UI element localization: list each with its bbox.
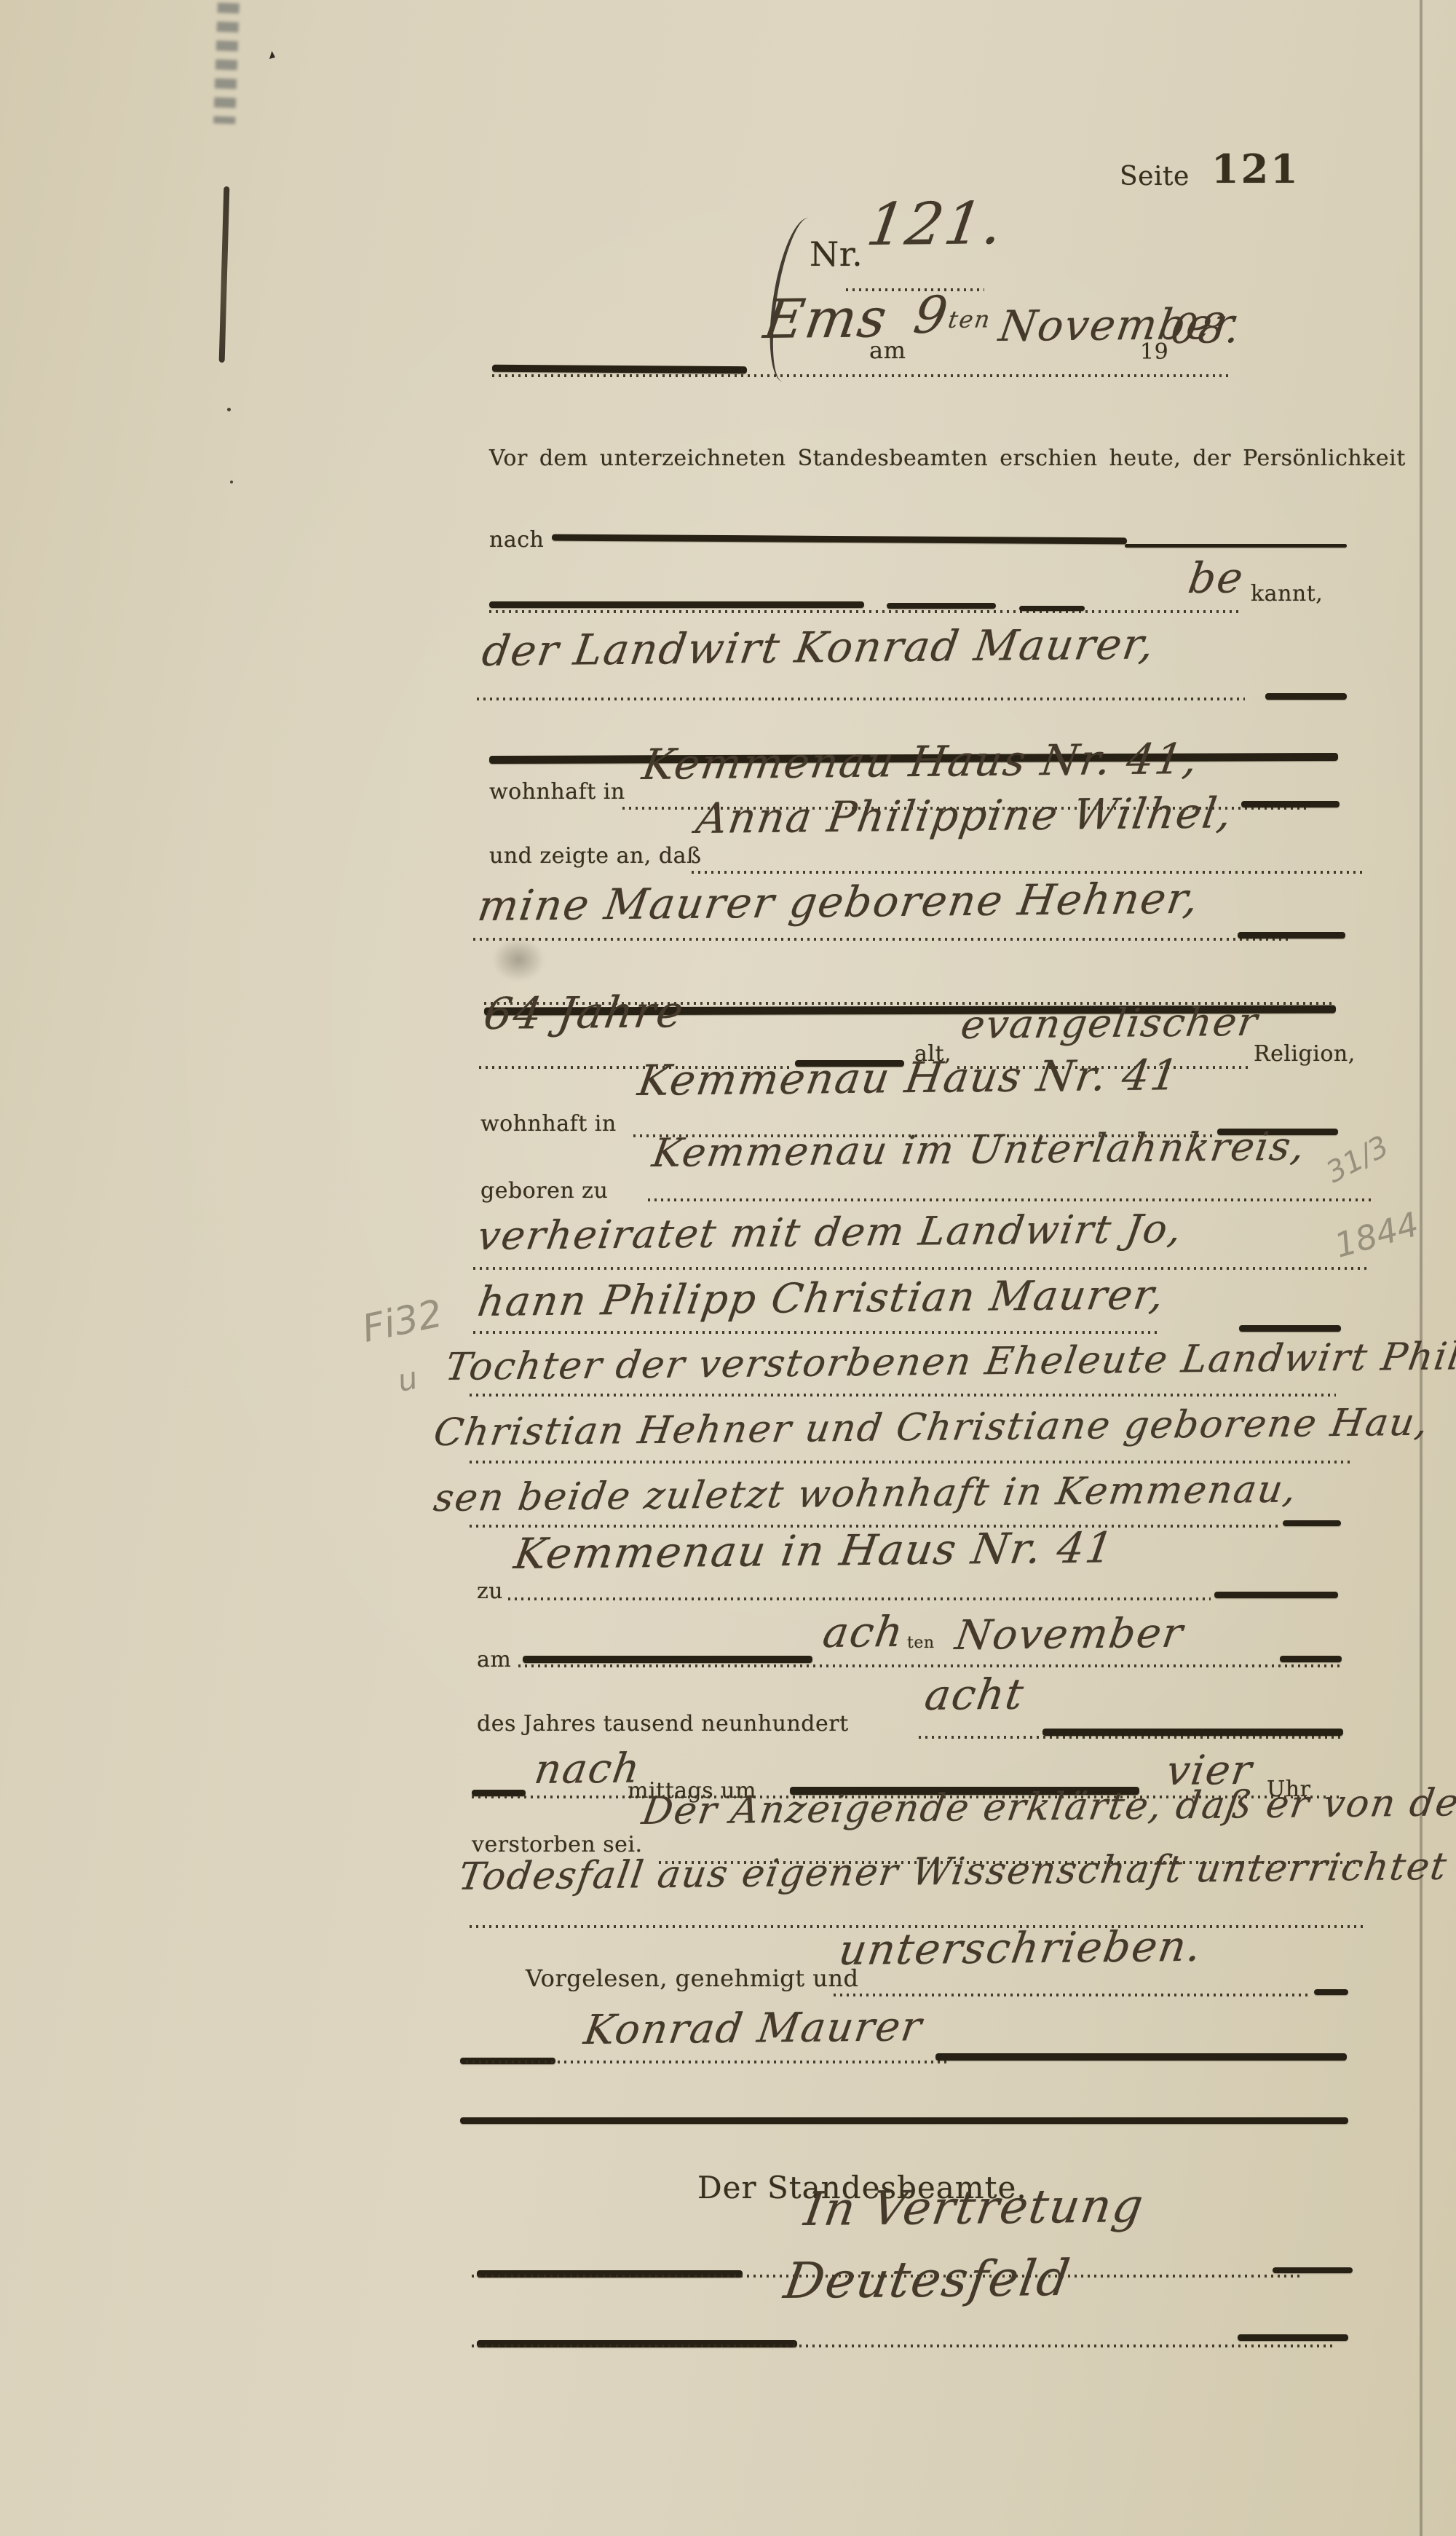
ruled-line-dotted — [648, 1198, 1372, 1201]
ink-fill-bar — [1273, 2267, 1353, 2273]
dateline-day-suffix: ten — [946, 305, 993, 333]
parents-line2: Christian Hehner und Christiane geborene… — [431, 1401, 1432, 1455]
ruled-line-dotted — [692, 871, 1365, 874]
deceased-name-line2: mine Maurer geborene Hehner, — [475, 874, 1203, 931]
nr-value: 121. — [863, 189, 1008, 258]
ruled-line-dotted — [473, 1331, 1161, 1334]
ink-fill-bar — [887, 603, 996, 609]
page-crease-line — [1420, 0, 1423, 2536]
ruled-line-dotted — [470, 1394, 1336, 1397]
death-day-hand: ach — [820, 1607, 908, 1657]
death-year-hand: acht — [922, 1670, 1028, 1720]
intro-line1: Vor dem unterzeichneten Standesbeamten e… — [489, 446, 1406, 471]
ink-fill-bar — [552, 534, 1127, 545]
margin-ink-line — [219, 186, 230, 363]
residence2-value: Kemmenau Haus Nr. 41 — [635, 1050, 1183, 1105]
religion-value: evangelischer — [958, 999, 1262, 1048]
section-rule — [460, 2117, 1348, 2124]
age-value: 64 Jahre — [480, 987, 688, 1040]
next-page-edge — [1431, 0, 1456, 2536]
ink-fill-bar — [1280, 1656, 1342, 1662]
ink-fill-bar — [1042, 1729, 1343, 1736]
ruled-line-dotted — [489, 610, 1239, 613]
death-place: Kemmenau in Haus Nr. 41 — [511, 1522, 1117, 1579]
declarant-signature: Konrad Maurer — [581, 2003, 926, 2054]
finger-smudge — [492, 938, 545, 981]
declaration-line1: Der Anzeigende erklärte, daß er von dem — [639, 1781, 1456, 1833]
ink-smudge — [213, 3, 240, 125]
death-am-label: am — [477, 1647, 511, 1672]
parents-line1: Tochter der verstorbenen Eheleute Landwi… — [443, 1334, 1456, 1389]
residence2-label: wohnhaft in — [480, 1111, 617, 1137]
ink-fill-bar — [1125, 544, 1347, 548]
ink-fill-bar — [523, 1656, 812, 1663]
religion-label: Religion, — [1254, 1041, 1356, 1067]
page-label: Seite — [1120, 162, 1190, 191]
ruled-line-dotted — [473, 938, 1289, 941]
ink-fill-bar — [1265, 693, 1347, 700]
ruled-line-dotted — [473, 1267, 1369, 1270]
residence1-value: Kemmenau Haus Nr. 41, — [639, 734, 1202, 789]
pencil-note-left: Fi32 — [359, 1292, 447, 1351]
pencil-note-left-ditto: u — [395, 1360, 421, 1399]
ruled-line-dotted — [472, 2345, 1336, 2347]
ink-fill-bar — [1239, 1325, 1341, 1332]
birth-label: geboren zu — [480, 1178, 608, 1204]
bekannt-hand: be — [1185, 553, 1248, 603]
registrar-deputy: In Vertretung — [801, 2179, 1148, 2237]
ink-fill-bar — [1214, 1592, 1338, 1598]
death-register-page: Seite 121 Nr. 121. Ems am 9 ten November… — [0, 0, 1456, 2536]
ruled-line-dotted — [477, 698, 1245, 700]
ruled-line-dotted — [466, 2061, 946, 2063]
death-month: November — [952, 1610, 1187, 1659]
ink-fill-bar — [1238, 932, 1345, 939]
ink-fill-bar — [935, 2053, 1347, 2061]
declarant-name: der Landwirt Konrad Maurer, — [479, 619, 1158, 676]
ruled-line-dotted — [492, 374, 1230, 377]
ruled-line-dotted — [518, 1664, 1343, 1667]
marriage-line2: hann Philipp Christian Maurer, — [475, 1271, 1168, 1326]
ink-fill-bar — [1238, 2334, 1348, 2341]
ink-speck — [268, 51, 275, 59]
ink-fill-bar — [1283, 1520, 1341, 1526]
intro-nach: nach — [489, 527, 544, 553]
ink-fill-bar — [492, 365, 747, 374]
ruled-line-dotted — [508, 1597, 1211, 1600]
dateline-century: 19 — [1140, 339, 1168, 365]
marriage-line1: verheiratet mit dem Landwirt Jo, — [475, 1206, 1186, 1259]
ink-fill-bar — [1241, 801, 1340, 807]
deceased-name-line1: Anna Philippine Wilhel, — [693, 788, 1236, 843]
ruled-line-dotted — [919, 1736, 1343, 1739]
dateline-am: am — [869, 336, 906, 364]
ruled-line-dotted — [470, 1461, 1354, 1463]
bekannt-printed: kannt, — [1251, 581, 1323, 607]
dateline-day: 9 — [910, 285, 953, 345]
dateline-year: 08. — [1168, 305, 1244, 353]
residence1-label: wohnhaft in — [489, 779, 625, 805]
page-number: 121 — [1211, 146, 1300, 192]
pencil-note-right-date: 31/3 — [1321, 1129, 1394, 1190]
birthplace-value: Kemmenau im Unterlahnkreis, — [649, 1123, 1309, 1176]
closing-printed: Vorgelesen, genehmigt und — [526, 1964, 859, 1992]
ink-dot — [230, 481, 233, 483]
ink-dot — [227, 408, 231, 411]
report-label: und zeigte an, daß — [489, 843, 702, 869]
ink-fill-bar — [1314, 1989, 1348, 1995]
closing-hand: unterschrieben. — [836, 1921, 1206, 1975]
death-zu-label: zu — [477, 1579, 503, 1604]
ruled-line-dotted — [834, 1994, 1310, 1996]
ink-fill-bar — [1019, 606, 1085, 611]
death-day-suffix: ten — [907, 1634, 935, 1652]
parents-line3: sen beide zuletzt wohnhaft in Kemmenau, — [431, 1468, 1300, 1520]
ink-fill-bar — [489, 601, 864, 608]
pencil-note-right-year: 1844 — [1330, 1204, 1423, 1265]
registrar-signature: Deutesfeld — [780, 2250, 1075, 2310]
death-year-label: des Jahres tausend neunhundert — [477, 1711, 849, 1737]
